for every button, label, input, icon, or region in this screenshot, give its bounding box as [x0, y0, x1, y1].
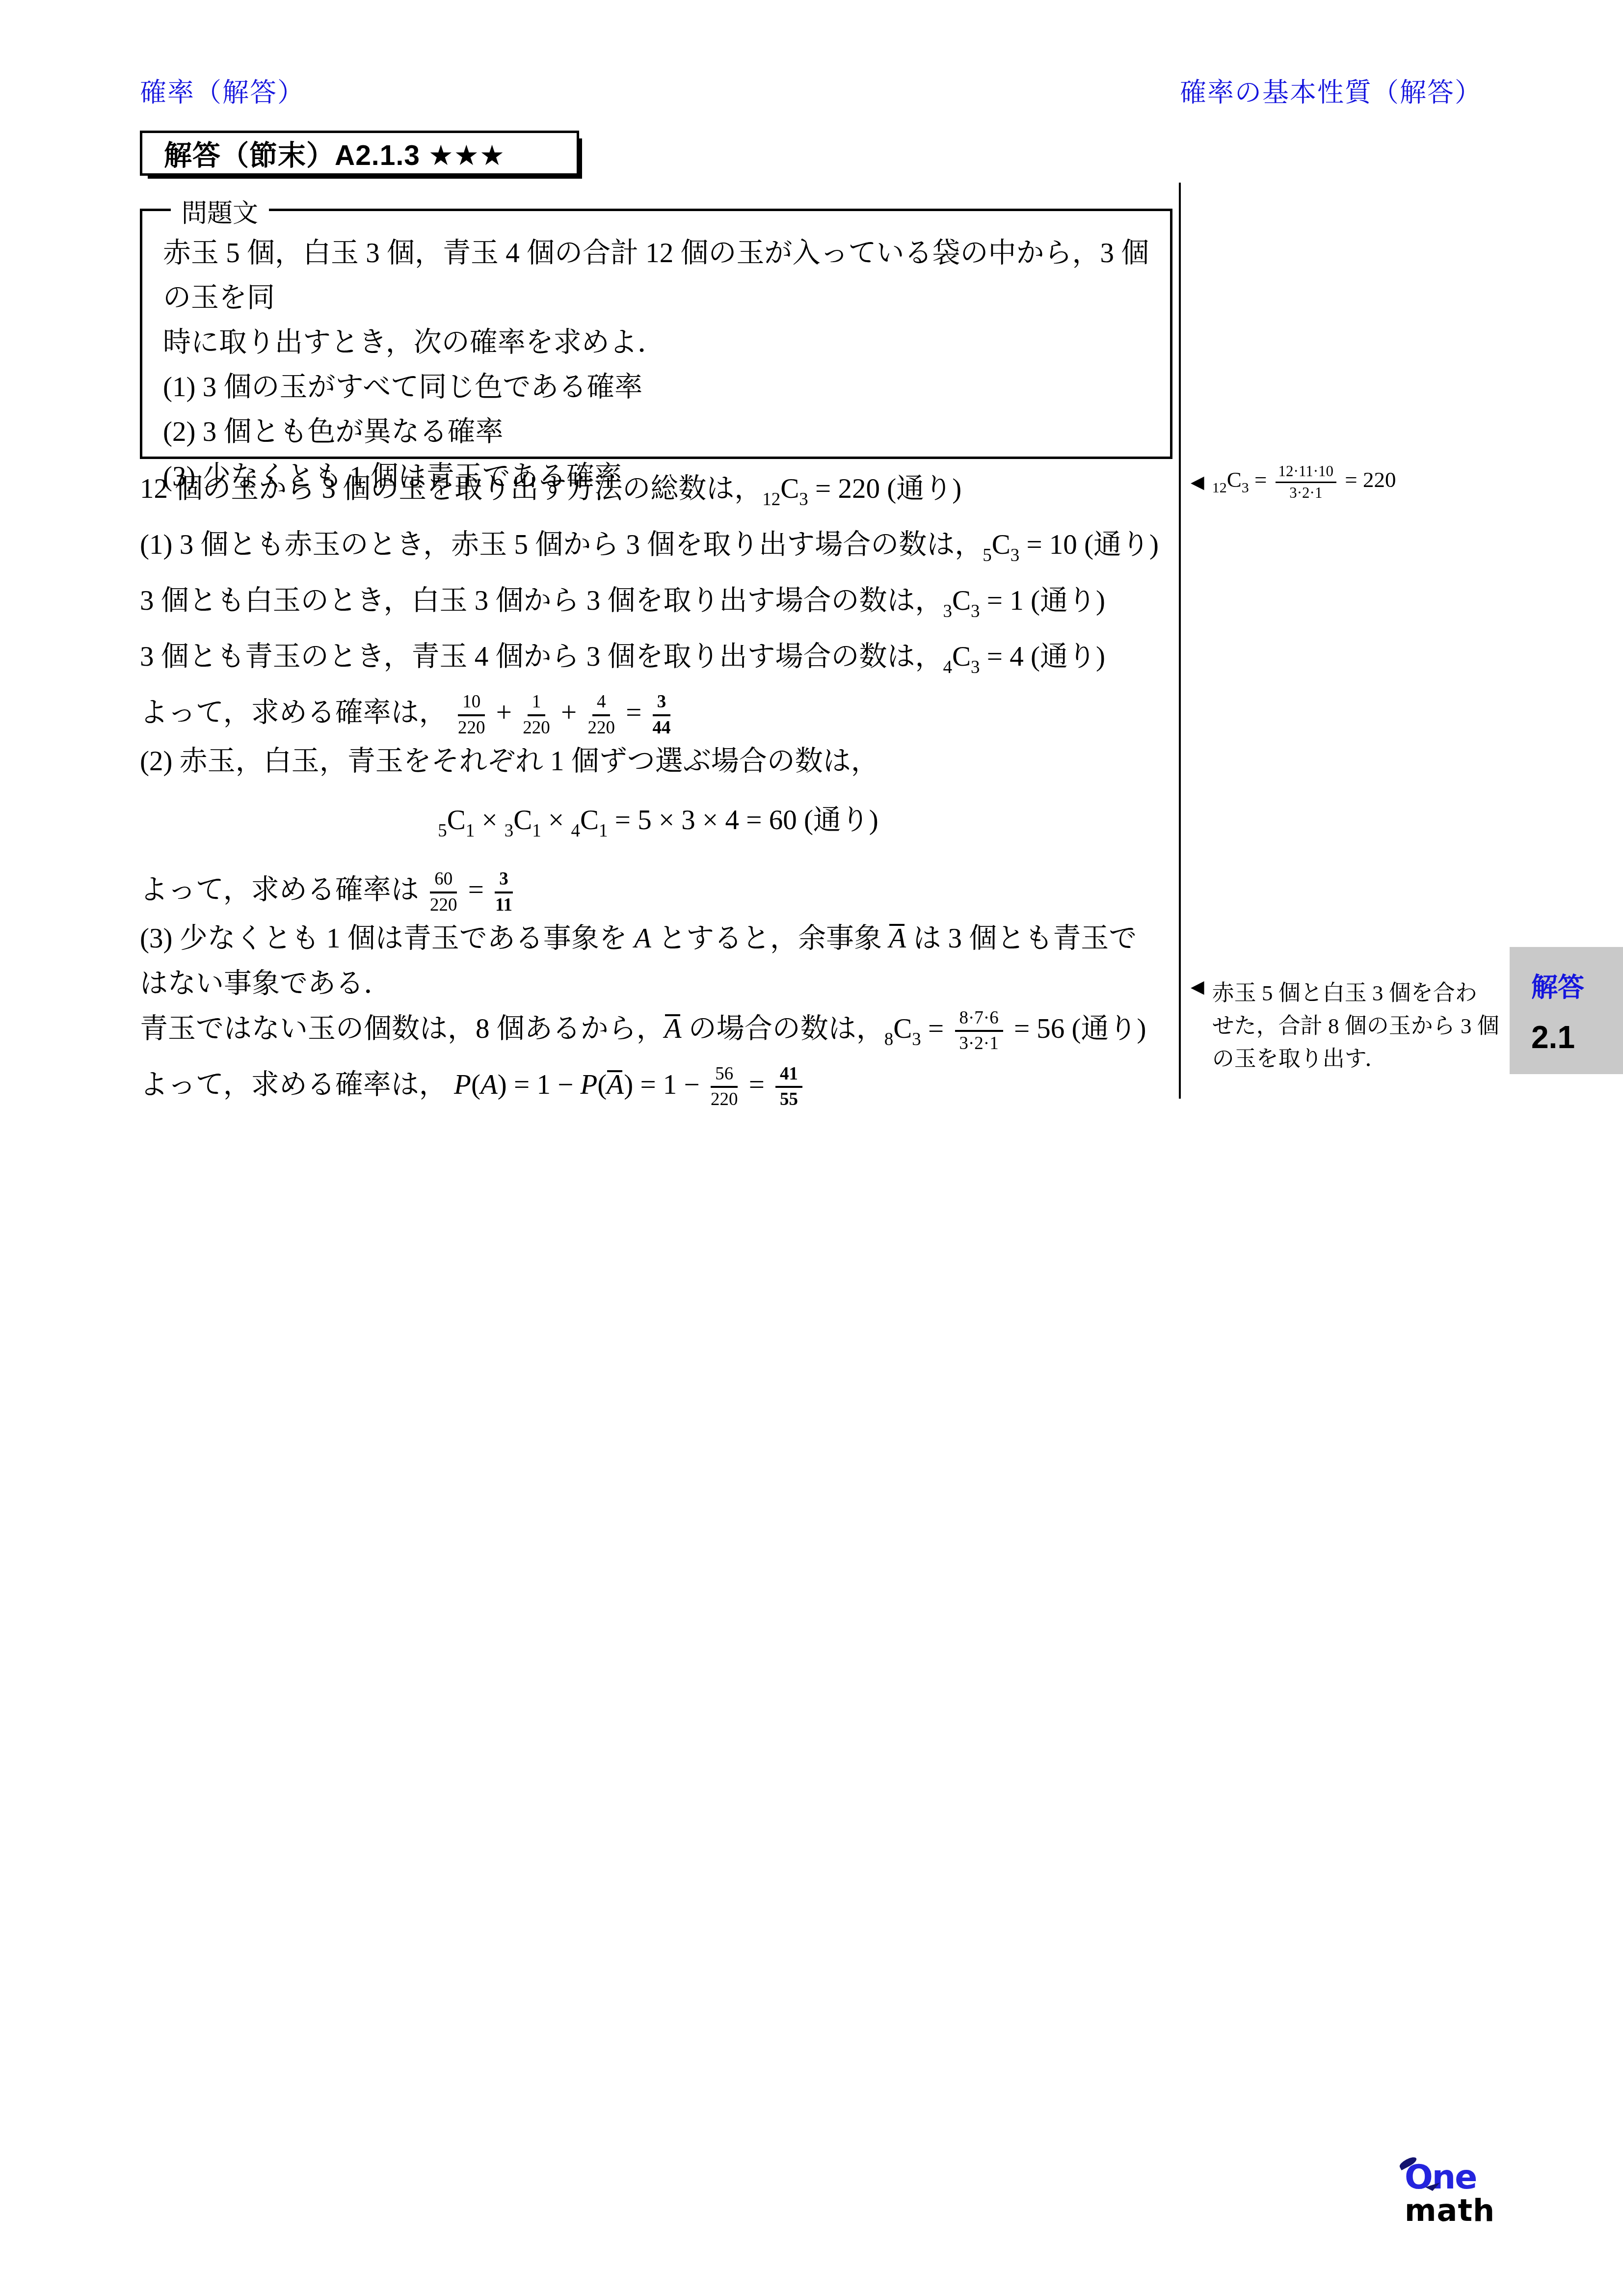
subscript: 1 [466, 821, 475, 841]
problem-line: 赤玉 5 個，白玉 3 個，青玉 4 個の合計 12 個の玉が入っている袋の中か… [163, 231, 1150, 320]
solution-text: 12 個の玉から 3 個の玉を取り出す方法の総数は，12C3 = 220 (通り… [140, 466, 1176, 1110]
text-run: = [742, 1069, 772, 1100]
margin-note-text: 赤玉 5 個と白玉 3 個を合わせた，合計 8 個の玉から 3 個の玉を取り出す… [1212, 977, 1499, 1076]
margin-note-combination: ◀ 12C3 = 12·11·103·2·1 = 220 [1191, 463, 1515, 501]
fraction: 8·7·63·2·1 [955, 1009, 1003, 1054]
text-run: = 10 (通り) [1019, 529, 1159, 560]
answer-title-label: 解答（節末）A2.1.3 ★★★ [164, 133, 505, 173]
text-run: ( [597, 1069, 607, 1100]
text-run: (3) 少なくとも 1 個は青玉である事象を [140, 923, 634, 954]
logo-text-one: One [1405, 2158, 1476, 2197]
complement-variable: A [889, 923, 906, 954]
text-run: C [893, 1013, 912, 1044]
solution-line: よって，求める確率は， 10220 + 1220 + 4220 = 344 [140, 690, 1176, 739]
text-run: × [541, 805, 571, 836]
text-run: = [921, 1013, 951, 1044]
problem-line: 時に取り出すとき，次の確率を求めよ． [163, 320, 1150, 365]
subscript: 5 [438, 821, 447, 841]
solution-line: 3 個とも青玉のとき，青玉 4 個から 3 個を取り出す場合の数は，4C3 = … [140, 634, 1176, 690]
text-run: = 220 (通り) [808, 473, 961, 504]
fraction: 56220 [711, 1065, 738, 1110]
text-run: よって，求める確率は， [140, 1069, 454, 1100]
section-tab-number: 2.1 [1531, 1019, 1623, 1055]
fraction: 10220 [458, 693, 485, 738]
text-run: ) = 1 − [624, 1069, 707, 1100]
solution-line: 5C1 × 3C1 × 4C1 = 5 × 3 × 4 = 60 (通り) [140, 798, 1176, 854]
page-header-left: 確率（解答） [140, 72, 305, 109]
subscript: 1 [599, 821, 608, 841]
fraction: 1220 [523, 693, 550, 738]
text-run: = 4 (通り) [980, 641, 1105, 672]
page-header-right: 確率の基本性質（解答） [1180, 72, 1482, 109]
text-run: + [489, 697, 519, 728]
math-variable: A [634, 923, 651, 954]
text-run: 青玉ではない玉の個数は，8 個あるから， [140, 1013, 665, 1044]
solution-line: はない事象である． [140, 961, 1176, 1006]
fraction: 311 [495, 870, 513, 915]
text-run: C [513, 805, 532, 836]
solution-line: 12 個の玉から 3 個の玉を取り出す方法の総数は，12C3 = 220 (通り… [140, 466, 1176, 522]
subscript: 5 [983, 545, 992, 566]
subscript: 3 [971, 657, 980, 677]
text-run: C [992, 529, 1011, 560]
subscript: 3 [799, 489, 808, 510]
text-run: C [780, 473, 799, 504]
text-run: 3 個とも白玉のとき，白玉 3 個から 3 個を取り出す場合の数は， [140, 585, 943, 616]
logo-line-one: One [1405, 2162, 1495, 2193]
problem-legend-label: 問題文 [171, 192, 269, 229]
left-triangle-icon: ◀ [1191, 473, 1204, 491]
text-run: はない事象である． [140, 968, 392, 999]
text-run: = 5 × 3 × 4 = 60 (通り) [608, 805, 878, 836]
text-run: C [1227, 467, 1242, 492]
section-tab: 解答 2.1 [1510, 947, 1623, 1074]
subscript: 3 [971, 601, 980, 621]
subscript: 3 [1242, 480, 1249, 496]
subscript: 3 [1011, 545, 1020, 566]
margin-note-explanation: ◀ 赤玉 5 個と白玉 3 個を合わせた，合計 8 個の玉から 3 個の玉を取り… [1191, 977, 1515, 1076]
text-run: 12 個の玉から 3 個の玉を取り出す方法の総数は， [140, 473, 762, 504]
text-run: = 220 [1339, 467, 1396, 492]
margin-note-formula: 12C3 = 12·11·103·2·1 = 220 [1212, 463, 1396, 501]
subscript: 8 [884, 1029, 894, 1050]
text-run: (2) 赤玉，白玉，青玉をそれぞれ 1 個ずつ選ぶ場合の数は， [140, 746, 879, 777]
solution-line: (3) 少なくとも 1 個は青玉である事象を A とすると，余事象 A は 3 … [140, 916, 1176, 961]
text-run: 3 個とも青玉のとき，青玉 4 個から 3 個を取り出す場合の数は， [140, 641, 943, 672]
fraction: 12·11·103·2·1 [1276, 463, 1337, 501]
text-run: × [475, 805, 505, 836]
text-run: よって，求める確率は [140, 874, 426, 905]
text-run: C [580, 805, 599, 836]
text-run: = 1 (通り) [980, 585, 1105, 616]
problem-line: (1) 3 個の玉がすべて同じ色である確率 [163, 365, 1150, 409]
problem-text: 赤玉 5 個，白玉 3 個，青玉 4 個の合計 12 個の玉が入っている袋の中か… [142, 211, 1170, 499]
left-triangle-icon: ◀ [1191, 978, 1204, 996]
fraction: 344 [653, 693, 671, 738]
text-run: (1) 3 個とも赤玉のとき，赤玉 5 個から 3 個を取り出す場合の数は， [140, 529, 983, 560]
solution-line: よって，求める確率は， P(A) = 1 − P(A) = 1 − 56220 … [140, 1062, 1176, 1111]
text-run: ) = 1 − [498, 1069, 581, 1100]
fraction: 4155 [775, 1065, 802, 1110]
logo-line-math: math [1405, 2195, 1495, 2226]
margin-separator-rule [1179, 183, 1181, 1099]
problem-line: (2) 3 個とも色が異なる確率 [163, 409, 1150, 454]
math-variable: A [480, 1069, 498, 1100]
subscript: 1 [532, 821, 541, 841]
text-run: は 3 個とも青玉で [906, 923, 1137, 954]
text-run: の場合の数は， [682, 1013, 884, 1044]
answer-title-box: 解答（節末）A2.1.3 ★★★ [140, 131, 579, 176]
subscript: 3 [943, 601, 952, 621]
text-run: = [1249, 467, 1273, 492]
text-run: ( [471, 1069, 480, 1100]
text-run: = [619, 697, 649, 728]
text-run: C [447, 805, 466, 836]
text-run: よって，求める確率は， [140, 697, 454, 728]
text-run: = 56 (通り) [1007, 1013, 1146, 1044]
subscript: 12 [1212, 480, 1227, 496]
problem-statement-box: 問題文 赤玉 5 個，白玉 3 個，青玉 4 個の合計 12 個の玉が入っている… [140, 209, 1172, 459]
complement-variable: A [665, 1013, 682, 1044]
onemath-logo: One math [1405, 2162, 1495, 2226]
complement-variable: A [607, 1069, 624, 1100]
fraction: 60220 [430, 870, 457, 915]
text-run: C [952, 641, 971, 672]
subscript: 12 [762, 489, 780, 510]
subscript: 3 [505, 821, 514, 841]
text-run: とすると，余事象 [651, 923, 889, 954]
text-run: C [952, 585, 971, 616]
fraction: 4220 [587, 693, 615, 738]
text-run: + [554, 697, 584, 728]
solution-line: 3 個とも白玉のとき，白玉 3 個から 3 個を取り出す場合の数は，3C3 = … [140, 578, 1176, 634]
math-variable: P [581, 1069, 598, 1100]
math-variable: P [454, 1069, 471, 1100]
subscript: 4 [571, 821, 581, 841]
solution-line: (1) 3 個とも赤玉のとき，赤玉 5 個から 3 個を取り出す場合の数は，5C… [140, 522, 1176, 578]
solution-line: 青玉ではない玉の個数は，8 個あるから，A の場合の数は，8C3 = 8·7·6… [140, 1006, 1176, 1062]
solution-line: よって，求める確率は 60220 = 311 [140, 867, 1176, 916]
subscript: 3 [912, 1029, 921, 1050]
section-tab-label: 解答 [1531, 967, 1623, 1004]
solution-line: (2) 赤玉，白玉，青玉をそれぞれ 1 個ずつ選ぶ場合の数は， [140, 739, 1176, 784]
subscript: 4 [943, 657, 952, 677]
text-run: = [461, 874, 491, 905]
